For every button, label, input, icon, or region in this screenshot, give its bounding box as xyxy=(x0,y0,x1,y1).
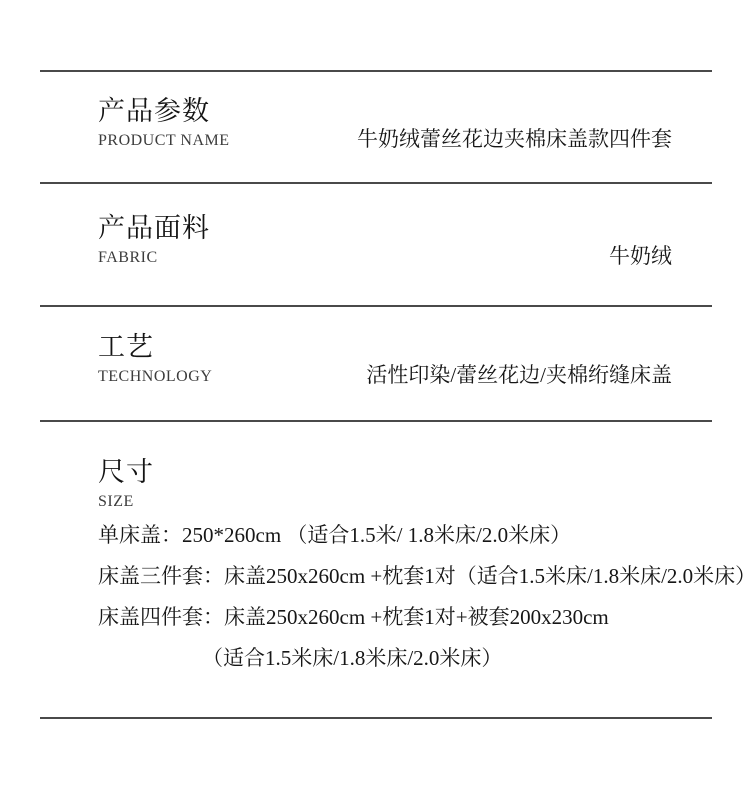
section-row: 产品参数 PRODUCT NAME 牛奶绒蕾丝花边夹棉床盖款四件套 xyxy=(98,95,672,151)
section-title-cn: 尺寸 xyxy=(98,456,672,488)
section-head: 尺寸 SIZE xyxy=(98,456,672,512)
section-row: 工艺 TECHNOLOGY 活性印染/蕾丝花边/夹棉绗缝床盖 xyxy=(98,331,672,387)
technology-value: 活性印染/蕾丝花边/夹棉绗缝床盖 xyxy=(366,364,672,387)
section-product-name: 产品参数 PRODUCT NAME 牛奶绒蕾丝花边夹棉床盖款四件套 xyxy=(40,70,712,182)
section-title-cn: 产品参数 xyxy=(98,95,230,127)
top-spacer xyxy=(40,0,712,70)
section-size: 尺寸 SIZE 单床盖：250*260cm （适合1.5米/ 1.8米床/2.0… xyxy=(40,420,712,717)
section-head: 工艺 TECHNOLOGY xyxy=(98,331,212,387)
bottom-divider xyxy=(40,717,712,719)
section-head: 产品面料 FABRIC xyxy=(98,212,210,268)
section-title-cn: 产品面料 xyxy=(98,212,210,244)
size-line-three-piece-set: 床盖三件套：床盖250x260cm +枕套1对（适合1.5米床/1.8米床/2.… xyxy=(98,564,672,588)
section-technology: 工艺 TECHNOLOGY 活性印染/蕾丝花边/夹棉绗缝床盖 xyxy=(40,305,712,420)
section-subtitle-en: PRODUCT NAME xyxy=(98,131,230,151)
section-head: 产品参数 PRODUCT NAME xyxy=(98,95,230,151)
size-line-single-bedspread: 单床盖：250*260cm （适合1.5米/ 1.8米床/2.0米床） xyxy=(98,523,672,547)
size-line-four-piece-set: 床盖四件套：床盖250x260cm +枕套1对+被套200x230cm xyxy=(98,605,672,629)
section-title-cn: 工艺 xyxy=(98,331,212,363)
spec-sheet-screenshot: { "colors": { "background": "#ffffff", "… xyxy=(0,0,750,787)
size-line-fit-note: （适合1.5米床/1.8米床/2.0米床） xyxy=(98,646,672,670)
section-subtitle-en: SIZE xyxy=(98,492,672,512)
section-fabric: 产品面料 FABRIC 牛奶绒 xyxy=(40,182,712,305)
product-name-value: 牛奶绒蕾丝花边夹棉床盖款四件套 xyxy=(357,128,672,151)
fabric-value: 牛奶绒 xyxy=(609,245,672,268)
section-subtitle-en: TECHNOLOGY xyxy=(98,367,212,387)
product-spec-sheet: 产品参数 PRODUCT NAME 牛奶绒蕾丝花边夹棉床盖款四件套 产品面料 F… xyxy=(40,0,712,719)
section-subtitle-en: FABRIC xyxy=(98,248,210,268)
section-row: 产品面料 FABRIC 牛奶绒 xyxy=(98,212,672,268)
